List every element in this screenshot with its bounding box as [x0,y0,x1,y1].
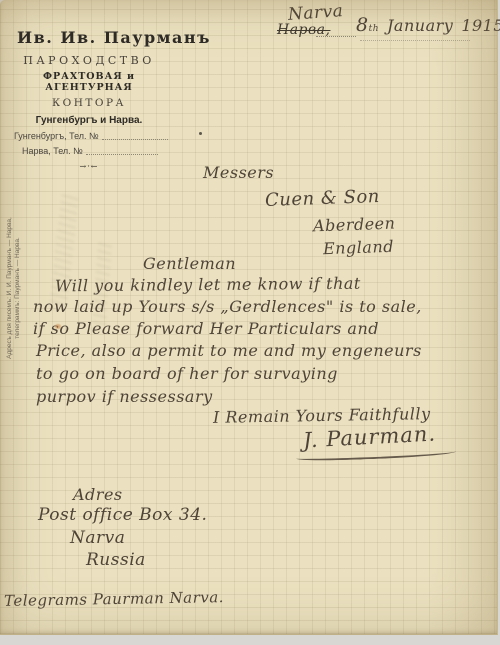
salutation: Gentleman [143,254,236,273]
recipient-country: England [323,237,395,258]
dotted-fill-line [86,146,158,155]
address-line: Post office Box 34. [38,505,207,525]
margin-imprint-line-2: телеграммъ: Паурманъ — Нарва. [14,192,22,384]
body-line: Price, also a permit to me and my engene… [36,341,422,360]
rust-stain [55,324,61,329]
body-line: purpov if nessessary [36,387,213,406]
phone-line-1-label: Гунгенбургъ, Тел. № [14,131,99,141]
dateline-month: January [387,16,453,35]
letterhead: Ив. Ив. Паурманъ ПАРОХОДСТВО ФРАХТОВАЯ и… [8,28,170,171]
telegram-line: Telegrams Paurman Narva. [4,588,224,610]
letterhead-office-line: КОНТОРА [8,97,170,109]
dotted-fill-line [360,40,470,41]
letter-paper: Ив. Ив. Паурманъ ПАРОХОДСТВО ФРАХТОВАЯ и… [0,0,498,635]
letterhead-steamship-line: ПАРОХОДСТВО [8,54,170,67]
ink-speck [199,132,202,135]
body-line: if so Please forward Her Particulars and [33,319,379,338]
recipient-intro: Messers [203,163,274,182]
dateline-day: 8 [356,14,369,36]
letterhead-freight-line: ФРАХТОВАЯ и АГЕНТУРНАЯ [8,71,170,93]
address-line: Russia [86,550,146,570]
letterhead-cities-line: Гунгенбургъ и Нарва. [8,115,170,126]
body-line: now laid up Yours s/s „Gerdlences" is to… [33,297,422,316]
divider-ornament-icon: →·← [8,162,170,171]
recipient-name: Cuen & Son [265,186,381,211]
signature: J. Paurman. [302,422,436,453]
dotted-fill-line [316,36,356,37]
address-line: Narva [70,528,125,548]
phone-line-2-label: Нарва, Тел. № [22,146,83,156]
dateline-date: 8th January 1915 г. [356,14,500,36]
letterhead-company-name: Ив. Ив. Паурманъ [17,28,170,47]
dateline-year: 1915 [461,16,500,35]
body-line: to go on board of her for survaying [36,364,338,383]
margin-imprint-line-1: Адресъ для писемъ: И. И. Паурманъ — Нарв… [6,192,14,384]
letterhead-phone-line-2: Нарва, Тел. № [22,146,160,156]
dateline-day-suffix: th [369,24,379,34]
letterhead-phone-line-1: Гунгенбургъ, Тел. № [14,131,170,141]
address-label: Adres [73,485,123,504]
margin-address-imprint: Адресъ для писемъ: И. И. Паурманъ — Нарв… [6,192,24,384]
recipient-city: Aberdeen [313,214,396,236]
dotted-fill-line [102,131,168,140]
